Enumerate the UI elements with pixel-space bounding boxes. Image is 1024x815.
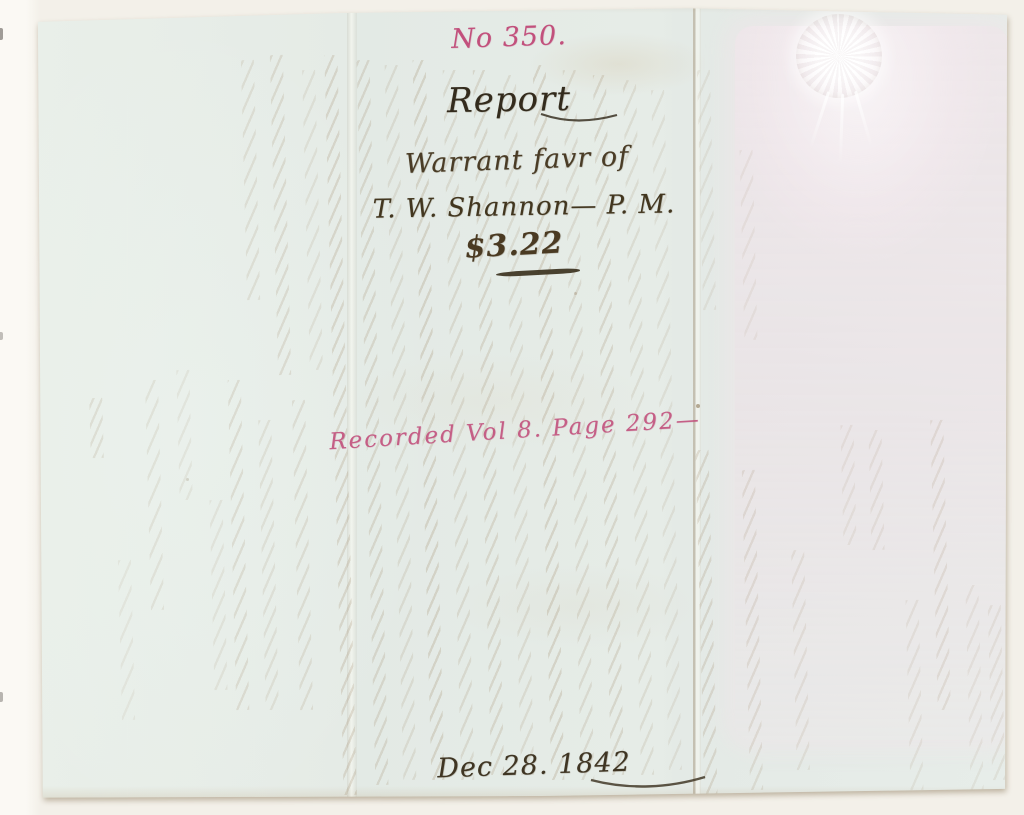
bleedthrough-column (270, 55, 291, 375)
bleedthrough-column (145, 380, 164, 610)
scan-edge-artifact (0, 692, 3, 702)
payee-line: T. W. Shannon— P. M. (354, 189, 694, 225)
scan-edge-artifact (0, 332, 3, 340)
document-paper: No 350. Report Warrant favr of T. W. Sha… (34, 6, 1010, 800)
bleedthrough-column (228, 380, 250, 710)
bleedthrough-column (89, 398, 104, 458)
embossed-seal-icon (796, 14, 882, 98)
docket-number: No 350. (364, 17, 655, 58)
date-flourish (589, 774, 709, 794)
bleedthrough-column (118, 560, 135, 720)
bleedthrough-column (210, 500, 228, 690)
bleedthrough-column (176, 370, 192, 500)
bleedthrough-column (292, 400, 313, 710)
bleedthrough-column (258, 420, 279, 710)
bleedthrough-column (241, 60, 260, 300)
paper-sheet: No 350. Report Warrant favr of T. W. Sha… (34, 6, 1010, 800)
scan-edge-artifact (0, 28, 3, 40)
bleedthrough-column (302, 70, 323, 370)
scan-canvas: No 350. Report Warrant favr of T. W. Sha… (0, 0, 1024, 815)
title-flourish (539, 110, 619, 126)
